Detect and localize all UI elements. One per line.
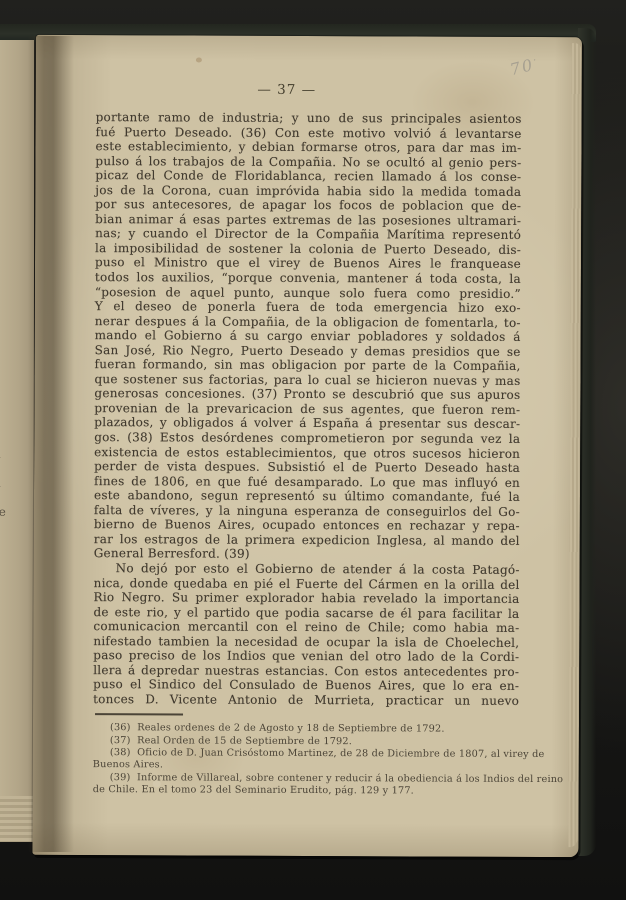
text-fragment: ll [0, 469, 7, 498]
text-fragment: e [0, 585, 7, 614]
text-line: este establecimiento, y debian formarse … [95, 139, 521, 155]
text-fragment: d [0, 440, 7, 469]
footnotes: (36) Reales ordenes de 2 de Agosto y 18 … [93, 722, 519, 798]
text-line: portante ramo de industria; y uno de sus… [96, 110, 522, 126]
text-line: tonces D. Vicente Antonio de Murrieta, p… [93, 692, 519, 708]
text-line: todos los auxilios, “porque convenia, ma… [95, 270, 521, 286]
facing-page-edge: rltesdllreeoeele-, [0, 40, 34, 842]
text-line: gos. (38) Estos desórdenes comprometiero… [94, 430, 520, 446]
text-line: perder de vista despues. Subsistió el de… [94, 459, 520, 475]
paragraph-continued: portante ramo de industria; y uno de sus… [94, 110, 522, 563]
book-page: 70 — 37 — portante ramo de industria; y … [32, 35, 582, 857]
facing-page-text-fragments: rltesdllreeoeele-, [0, 295, 7, 759]
text-line: este abandono, segun representó su últim… [94, 488, 520, 504]
footnote-separator-rule [95, 713, 183, 715]
text-fragment: , [0, 730, 7, 759]
text-fragment: e [0, 614, 7, 643]
text-line: paso preciso de los Indios que venian de… [93, 648, 519, 664]
text-line: por sus antecesores, de apagar los focos… [95, 197, 521, 213]
text-line: picaz del Conde de Floridablanca, recien… [95, 168, 521, 184]
text-line: fueran formando, sin mas obligacion por … [95, 357, 521, 373]
text-block: — 37 — portante ramo de industria; y uno… [93, 81, 522, 798]
text-line: comunicacion mercantil con el reino de C… [93, 619, 519, 635]
text-fragment: re [0, 498, 7, 527]
text-fragment: l [0, 643, 7, 672]
body-text: portante ramo de industria; y uno de sus… [93, 110, 522, 708]
scan-background: rltesdllreeoeele-, 70 — 37 — portante ra… [0, 0, 626, 900]
paragraph-second: No dejó por esto el Gobierno de atender … [93, 561, 520, 708]
paper-stain [196, 58, 202, 63]
text-fragment: e [0, 672, 7, 701]
text-fragment: - [0, 701, 7, 730]
text-line: Y el deseo de ponerla fuera de toda emer… [95, 299, 521, 315]
page-number: — 37 — [74, 81, 500, 99]
text-line: Rio Negro. Su primer explorador habia re… [94, 590, 520, 606]
text-fragment: r [0, 295, 7, 324]
text-fragment: e [0, 527, 7, 556]
pencil-annotation: 70 [508, 54, 541, 79]
text-line: bierno de Buenos Aires, ocupado entonces… [94, 517, 520, 533]
text-fragment: t [0, 353, 7, 382]
text-fragment: e [0, 382, 7, 411]
text-fragment: o [0, 556, 7, 585]
text-fragment: s [0, 411, 7, 440]
text-line: mando el Gobierno á su cargo enviar pobl… [95, 328, 521, 344]
text-line: No dejó por esto el Gobierno de atender … [94, 561, 520, 577]
footnote-line: de Chile. En el tomo 23 del Seminario Er… [93, 784, 519, 798]
text-fragment: l [0, 324, 7, 353]
